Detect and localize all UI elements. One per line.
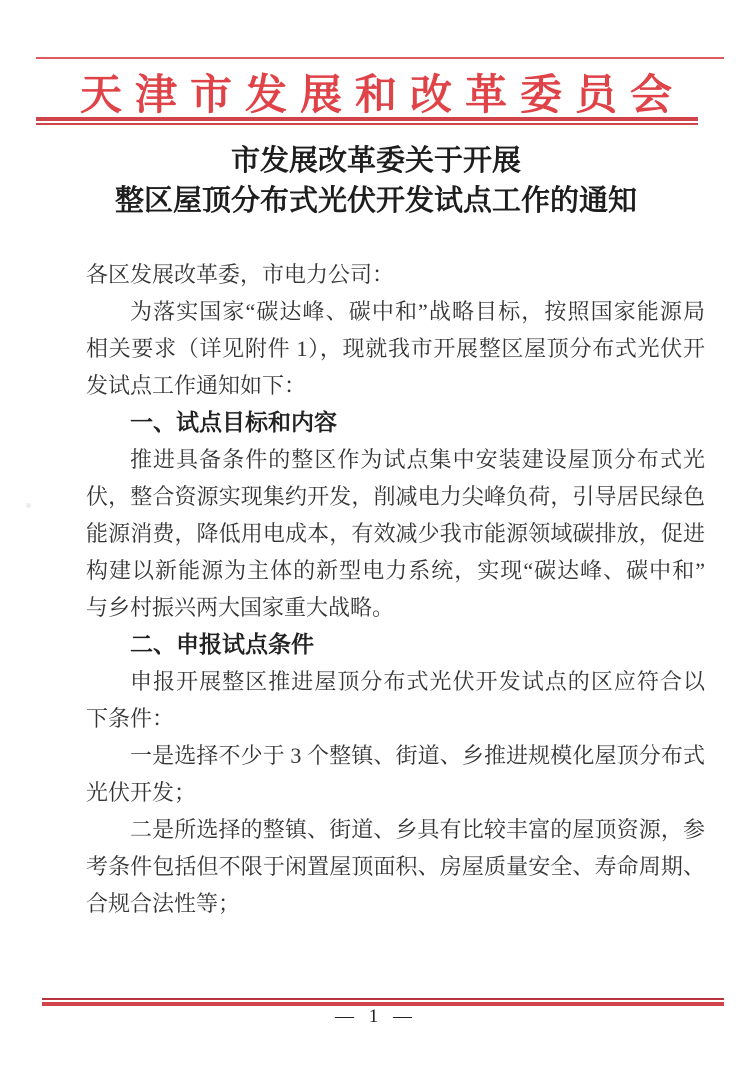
- document-page: 天津市发展和改革委员会 市发展改革委关于开展 整区屋顶分布式光伏开发试点工作的通…: [0, 0, 752, 1070]
- body-line: 二是所选择的整镇、街道、乡具有比较丰富的屋顶资源，参: [86, 811, 705, 848]
- salutation-line: 各区发展改革委，市电力公司：: [86, 256, 705, 293]
- body-line: 构建以新能源为主体的新型电力系统，实现“碳达峰、碳中和”: [86, 552, 705, 589]
- issuing-org-name: 天津市发展和改革委员会: [0, 62, 752, 122]
- header-top-rule: [36, 57, 724, 59]
- body-line: 能源消费，降低用电成本，有效减少我市能源领域碳排放，促进: [86, 515, 705, 552]
- body-line: 一是选择不少于 3 个整镇、街道、乡推进规模化屋顶分布式: [86, 737, 705, 774]
- page-number: — 1 —: [0, 1004, 752, 1030]
- body-line: 为落实国家“碳达峰、碳中和”战略目标，按照国家能源局: [86, 293, 705, 330]
- body-line: 下条件：: [86, 700, 705, 737]
- body-line: 申报开展整区推进屋顶分布式光伏开发试点的区应符合以: [86, 663, 705, 700]
- section-2-heading: 二、申报试点条件: [86, 626, 705, 663]
- scan-artifact-dot: [26, 503, 31, 508]
- body-line: 光伏开发；: [86, 774, 705, 811]
- body-line: 合规合法性等；: [86, 885, 705, 922]
- document-body: 各区发展改革委，市电力公司： 为落实国家“碳达峰、碳中和”战略目标，按照国家能源…: [86, 256, 705, 922]
- body-line: 推进具备条件的整区作为试点集中安装建设屋顶分布式光: [86, 441, 705, 478]
- section-1-heading: 一、试点目标和内容: [86, 404, 705, 441]
- document-title: 市发展改革委关于开展 整区屋顶分布式光伏开发试点工作的通知: [0, 141, 752, 221]
- body-line: 考条件包括但不限于闲置屋顶面积、房屋质量安全、寿命周期、: [86, 848, 705, 885]
- body-line: 发试点工作通知如下：: [86, 367, 705, 404]
- header-rule-thin: [36, 123, 698, 125]
- body-line: 与乡村振兴两大国家重大战略。: [86, 589, 705, 626]
- body-line: 相关要求（详见附件 1），现就我市开展整区屋顶分布式光伏开: [86, 330, 705, 367]
- header-rule-thick: [36, 117, 698, 121]
- body-line: 伏，整合资源实现集约开发，削减电力尖峰负荷，引导居民绿色: [86, 478, 705, 515]
- document-title-line-2: 整区屋顶分布式光伏开发试点工作的通知: [0, 181, 752, 221]
- header-double-rule: [36, 117, 698, 125]
- document-title-line-1: 市发展改革委关于开展: [0, 141, 752, 181]
- footer-rule-thin: [42, 998, 724, 1000]
